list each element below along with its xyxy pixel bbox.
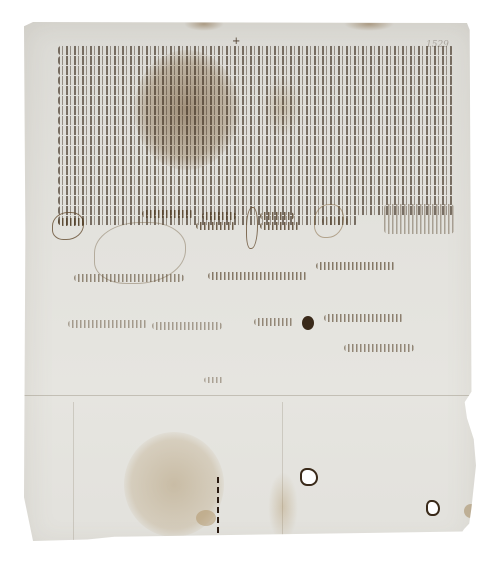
manuscript-page: + 1529: [24, 22, 476, 550]
ink-blot-mid: [302, 316, 314, 330]
stain-top-edge-right: [344, 17, 394, 31]
fold-line-horizontal: [24, 395, 476, 396]
document-type: Historical manuscript with signatures: [0, 0, 1, 1]
worm-hole-right: [426, 500, 440, 516]
stain-lozenge: [268, 472, 298, 542]
fold-line-vertical-left: [73, 402, 74, 550]
worm-hole-center: [300, 468, 318, 486]
stain-small-bottom: [196, 510, 216, 526]
dark-tear-line: [217, 477, 219, 567]
stain-right-edge: [464, 504, 478, 518]
stain-top-edge: [184, 17, 224, 31]
